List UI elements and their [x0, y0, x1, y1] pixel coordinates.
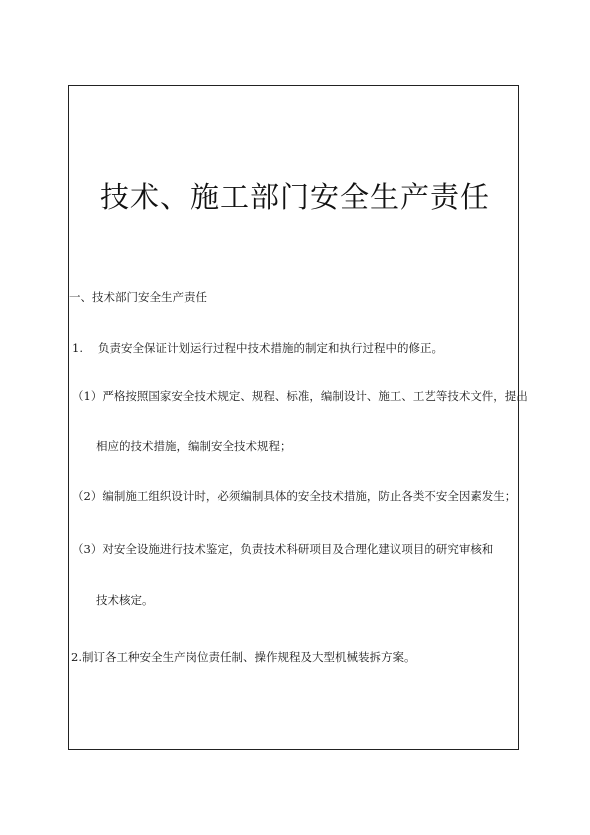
item-1-sub-3: （3）对安全设施进行技术鉴定，负责技术科研项目及合理化建议项目的研究审核和	[72, 541, 493, 557]
item-2: 2.制订各工种安全生产岗位责任制、操作规程及大型机械装拆方案。	[71, 649, 415, 665]
item-1-sub-2: （2）编制施工组织设计时，必须编制具体的安全技术措施，防止各类不安全因素发生；	[72, 488, 516, 504]
item-1: 1.负责安全保证计划运行过程中技术措施的制定和执行过程中的修正。	[72, 340, 443, 356]
section-heading: 一、技术部门安全生产责任	[69, 289, 207, 305]
item-1-sub-1-continued: 相应的技术措施，编制安全技术规程；	[96, 438, 292, 454]
item-1-text: 负责安全保证计划运行过程中技术措施的制定和执行过程中的修正。	[98, 341, 443, 355]
document-title: 技术、施工部门安全生产责任	[0, 179, 590, 215]
item-1-sub-1: （1）严格按照国家安全技术规定、规程、标准，编制设计、施工、工艺等技术文件，提出	[72, 388, 528, 404]
item-1-number: 1.	[72, 340, 98, 356]
item-1-sub-3-continued: 技术核定。	[96, 592, 154, 608]
